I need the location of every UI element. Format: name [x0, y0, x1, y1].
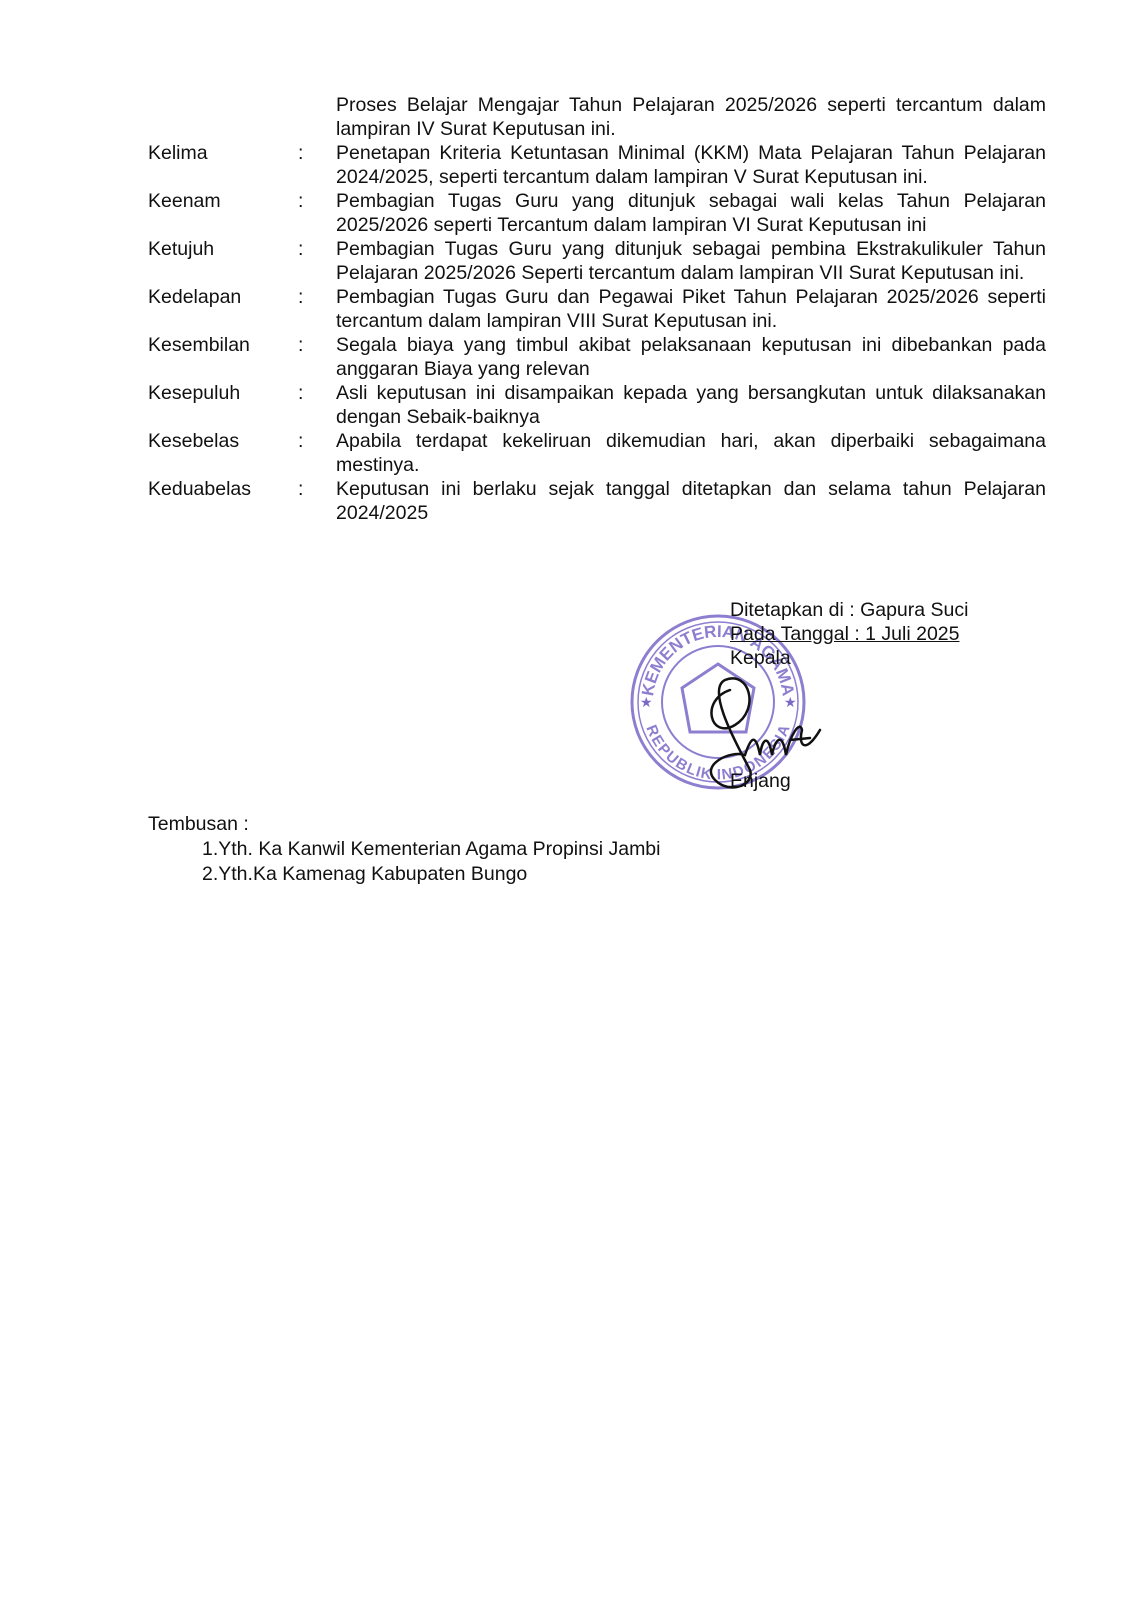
decree-item-label: Kesepuluh	[148, 381, 298, 429]
decree-item-label: Kesembilan	[148, 333, 298, 381]
place-line: Ditetapkan di : Gapura Suci	[730, 598, 968, 622]
tembusan-title: Tembusan :	[148, 812, 661, 837]
document-page: Proses Belajar Mengajar Tahun Pelajaran …	[0, 0, 1131, 1600]
decree-item-text: Pembagian Tugas Guru dan Pegawai Piket T…	[336, 285, 1046, 333]
decree-item-separator: :	[298, 477, 336, 525]
decree-item-separator: :	[298, 285, 336, 333]
decree-item: Kesembilan:Segala biaya yang timbul akib…	[148, 333, 1046, 381]
decree-item: Kelima:Penetapan Kriteria Ketuntasan Min…	[148, 141, 1046, 189]
decree-item-text: Apabila terdapat kekeliruan dikemudian h…	[336, 429, 1046, 477]
decree-item: Keenam:Pembagian Tugas Guru yang ditunju…	[148, 189, 1046, 237]
decree-item-label: Kelima	[148, 141, 298, 189]
decree-item-separator: :	[298, 333, 336, 381]
tembusan-section: Tembusan : 1.Yth. Ka Kanwil Kementerian …	[148, 812, 661, 887]
decree-item-label: Keenam	[148, 189, 298, 237]
decree-item-text: Pembagian Tugas Guru yang ditunjuk sebag…	[336, 189, 1046, 237]
decree-item-separator: :	[298, 429, 336, 477]
date-line: Pada Tanggal : 1 Juli 2025	[730, 622, 968, 646]
signature-block: Ditetapkan di : Gapura Suci Pada Tanggal…	[730, 598, 968, 670]
position-title: Kepala	[730, 646, 968, 670]
decree-item-separator: :	[298, 189, 336, 237]
decree-item-label: Keduabelas	[148, 477, 298, 525]
decree-continuation: Proses Belajar Mengajar Tahun Pelajaran …	[148, 93, 1046, 141]
decree-item: Kedelapan:Pembagian Tugas Guru dan Pegaw…	[148, 285, 1046, 333]
tembusan-item: 1.Yth. Ka Kanwil Kementerian Agama Propi…	[148, 837, 661, 862]
decree-item-label: Ketujuh	[148, 237, 298, 285]
decree-item-label: Kesebelas	[148, 429, 298, 477]
decree-item-text: Keputusan ini berlaku sejak tanggal dite…	[336, 477, 1046, 525]
signatory-name: Enjang	[730, 770, 791, 793]
decree-item: Kesebelas:Apabila terdapat kekeliruan di…	[148, 429, 1046, 477]
decree-item-text: Penetapan Kriteria Ketuntasan Minimal (K…	[336, 141, 1046, 189]
tembusan-item: 2.Yth.Ka Kamenag Kabupaten Bungo	[148, 862, 661, 887]
decree-item-separator: :	[298, 381, 336, 429]
decree-item-separator: :	[298, 237, 336, 285]
svg-text:★: ★	[640, 694, 653, 710]
decree-item-text: Asli keputusan ini disampaikan kepada ya…	[336, 381, 1046, 429]
decree-section: Proses Belajar Mengajar Tahun Pelajaran …	[148, 93, 1046, 525]
decree-item: Kesepuluh:Asli keputusan ini disampaikan…	[148, 381, 1046, 429]
decree-item-separator: :	[298, 141, 336, 189]
decree-item-text: Pembagian Tugas Guru yang ditunjuk sebag…	[336, 237, 1046, 285]
decree-item-label: Kedelapan	[148, 285, 298, 333]
decree-item: Keduabelas:Keputusan ini berlaku sejak t…	[148, 477, 1046, 525]
decree-item-text: Segala biaya yang timbul akibat pelaksan…	[336, 333, 1046, 381]
decree-item: Ketujuh:Pembagian Tugas Guru yang ditunj…	[148, 237, 1046, 285]
